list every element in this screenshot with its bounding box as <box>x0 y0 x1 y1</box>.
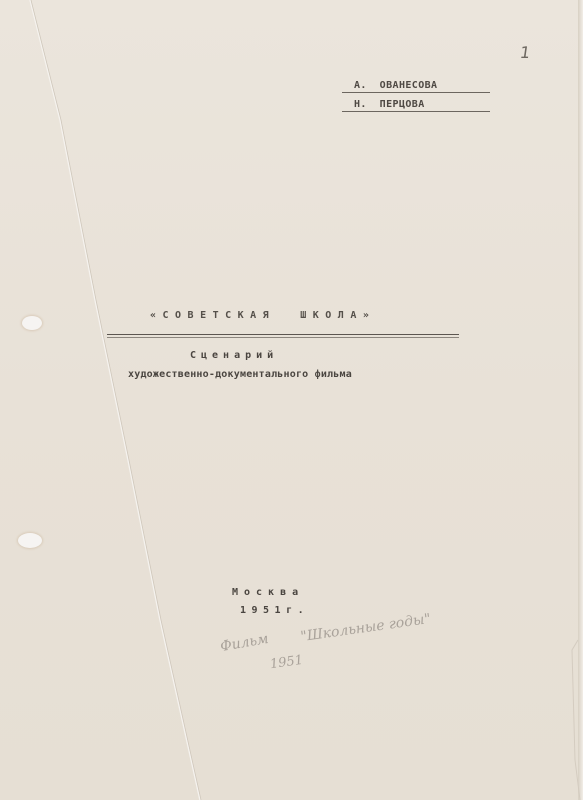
document-title: «СОВЕТСКАЯ ШКОЛА» <box>150 310 375 321</box>
page-edge <box>578 0 583 800</box>
punch-hole-bottom <box>18 533 42 548</box>
punch-hole-top <box>22 316 42 330</box>
author-2: Н. ПЕРЦОВА <box>342 99 490 112</box>
document-page <box>0 0 578 800</box>
author-1: А. ОВАНЕСОВА <box>342 80 490 93</box>
title-underline <box>107 334 459 338</box>
document-genre: художественно-документального фильма <box>128 369 352 380</box>
city: Москва <box>232 587 304 598</box>
year: 1951г. <box>240 605 309 616</box>
document-type: Сценарий <box>190 350 278 361</box>
